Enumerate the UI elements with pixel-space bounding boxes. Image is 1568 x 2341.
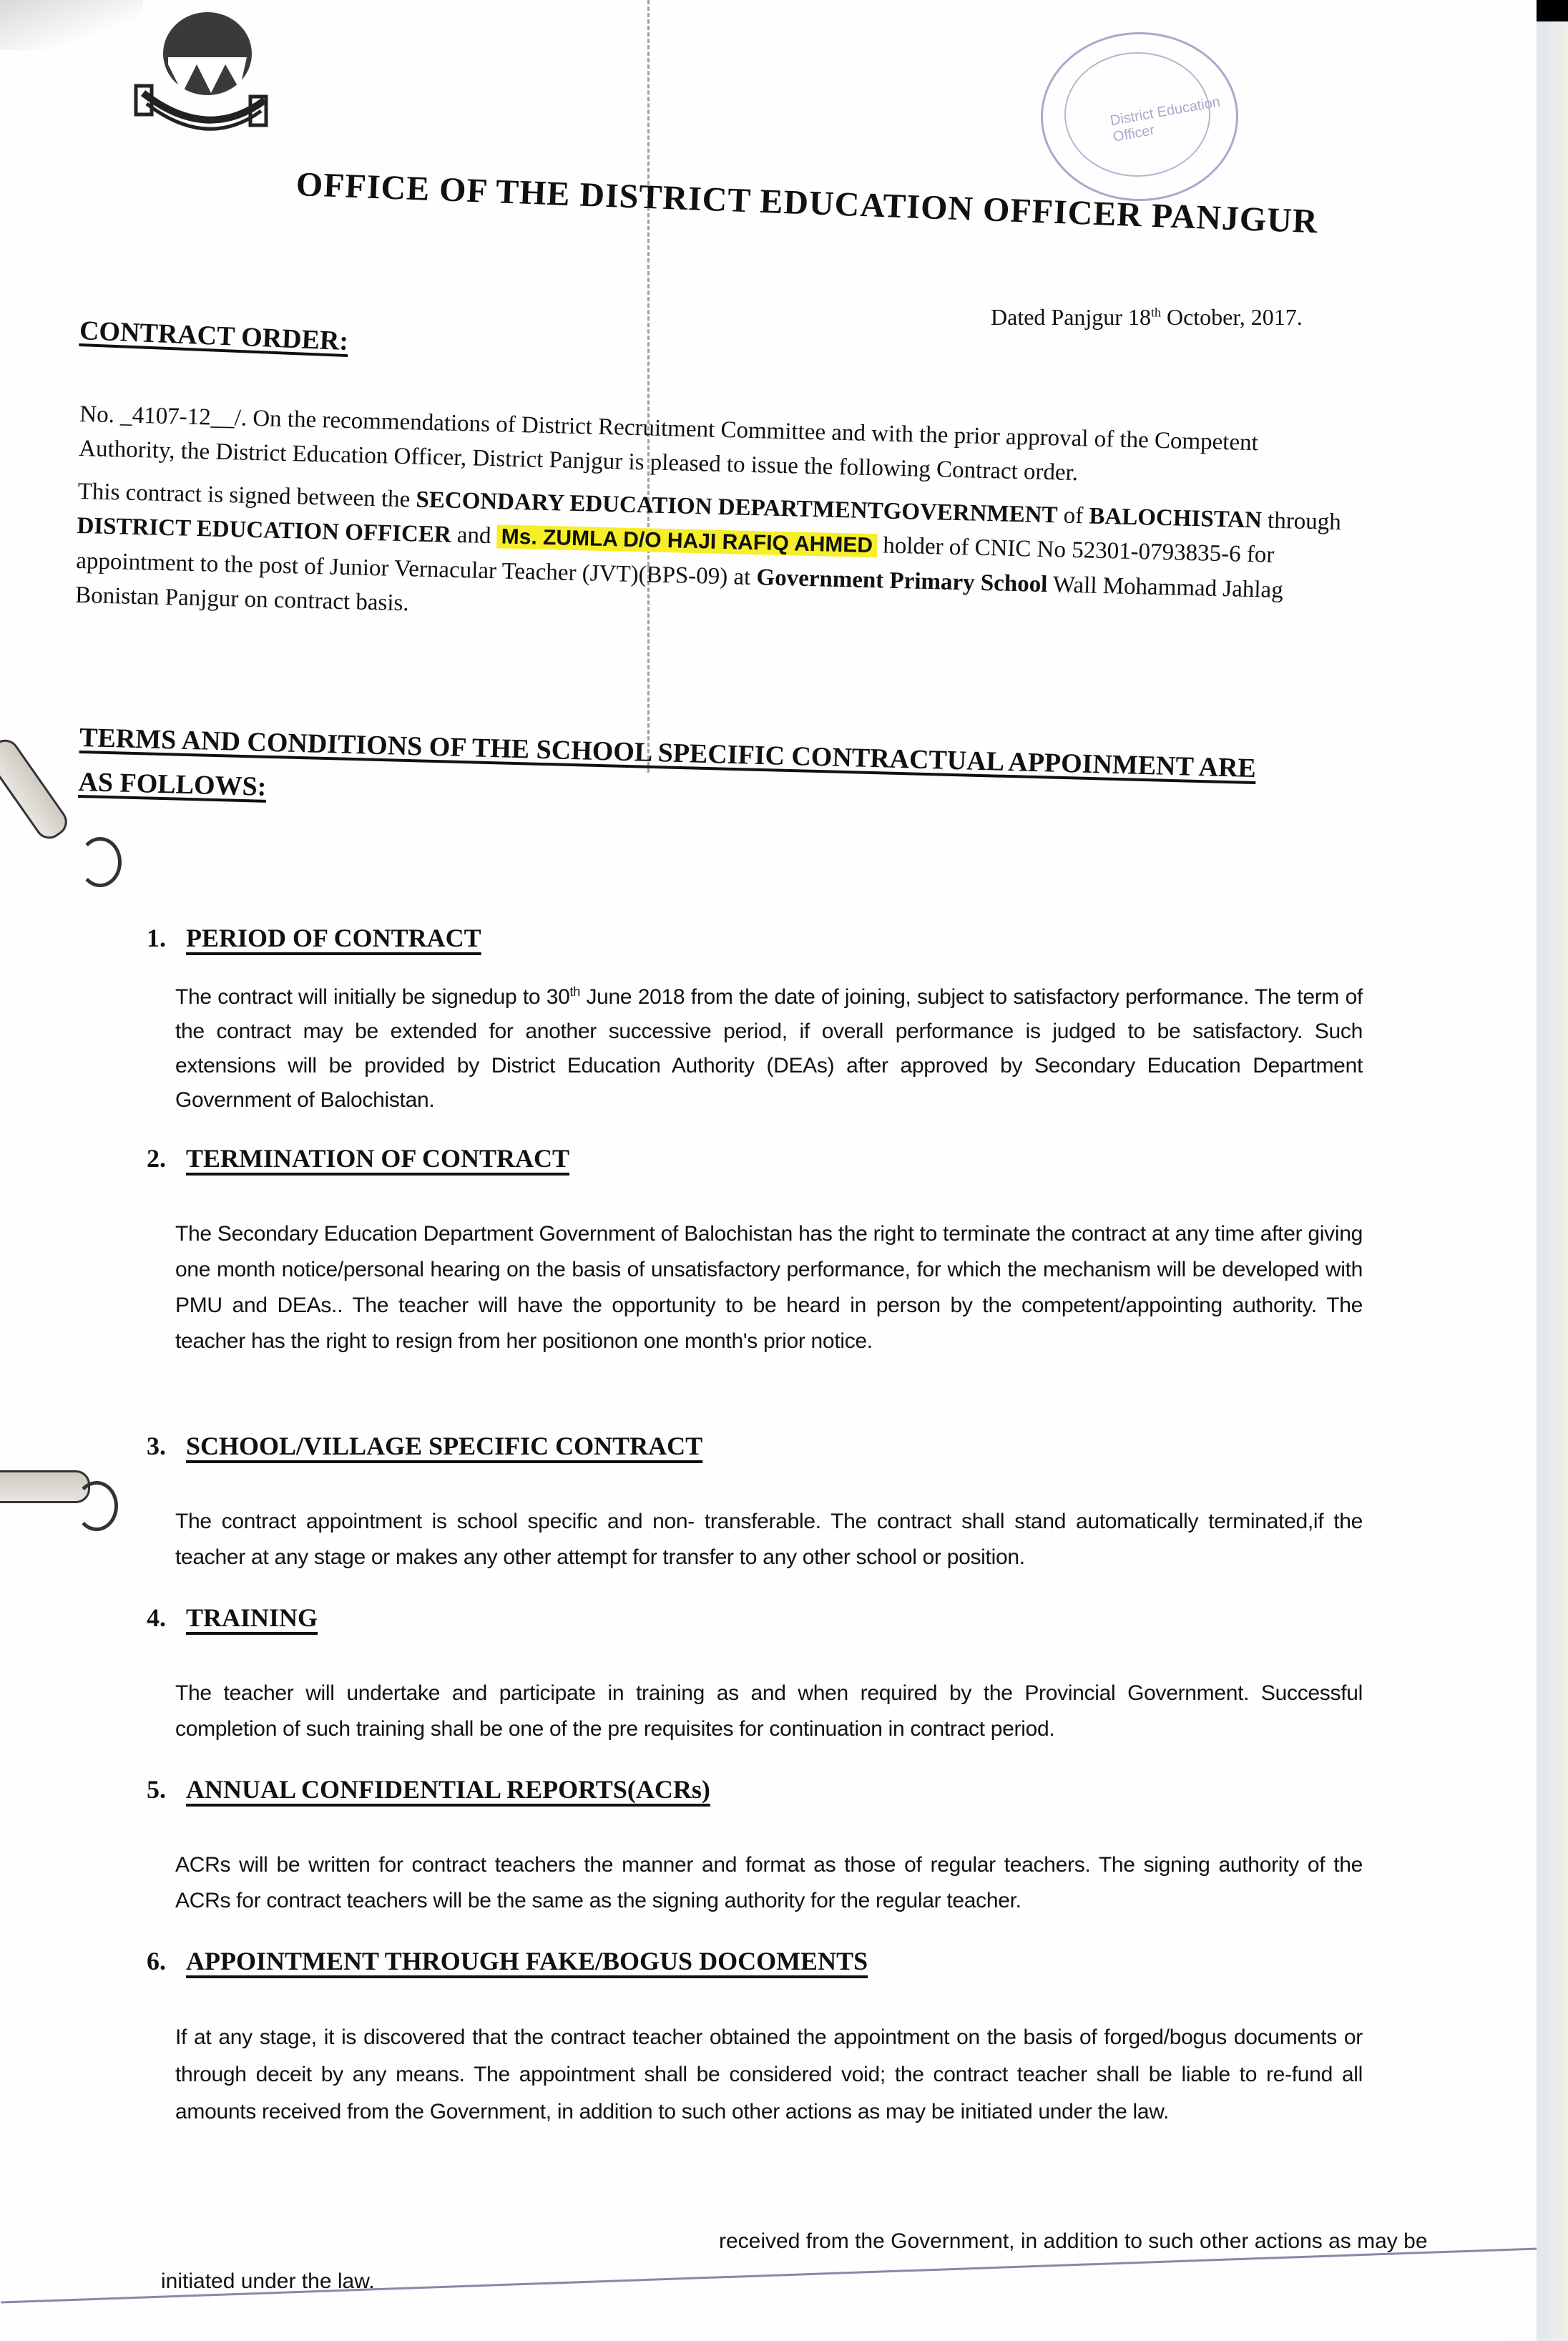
section-heading: 1. PERIOD OF CONTRACT: [147, 923, 1363, 953]
section-body: ACRs will be written for contract teache…: [175, 1847, 1363, 1919]
underlying-line: received from the Government, in additio…: [161, 2222, 1484, 2262]
parties-text: and: [451, 522, 497, 549]
crest-icon: [129, 7, 272, 143]
section-title: ANNUAL CONFIDENTIAL REPORTS(ACRs): [186, 1774, 710, 1804]
section-body: The Secondary Education Department Gover…: [175, 1216, 1363, 1359]
intro-paragraphs: No. _4107-12__/. On the recommendations …: [74, 397, 1353, 652]
section-school-specific: 3. SCHOOL/VILLAGE SPECIFIC CONTRACT The …: [147, 1431, 1363, 1575]
contract-parties-paragraph: This contract is signed between the SECO…: [75, 474, 1351, 643]
fold-line: [647, 0, 650, 773]
dated-day-suffix: th: [1151, 305, 1161, 319]
dated-line: Dated Panjgur 18th October, 2017.: [991, 304, 1303, 331]
section-period-of-contract: 1. PERIOD OF CONTRACT The contract will …: [147, 923, 1363, 1118]
section-number: 4.: [147, 1603, 166, 1633]
parties-text: This contract is signed between the: [77, 479, 416, 513]
section-body: The contract appointment is school speci…: [175, 1504, 1363, 1575]
order-number-label: No.: [79, 401, 114, 428]
parties-text: through: [1261, 507, 1341, 535]
order-text: On the recommendations of District Recru…: [79, 406, 1258, 486]
section-body: The contract will initially be signedup …: [175, 974, 1363, 1118]
section-training: 4. TRAINING The teacher will undertake a…: [147, 1603, 1363, 1747]
section-title: APPOINTMENT THROUGH FAKE/BOGUS DOCOMENTS: [186, 1946, 868, 1976]
section-title: PERIOD OF CONTRACT: [186, 923, 481, 953]
dated-prefix: Dated Panjgur: [991, 304, 1122, 330]
dated-rest: October, 2017.: [1167, 304, 1303, 330]
section-body: The teacher will undertake and participa…: [175, 1676, 1363, 1747]
body-text: The contract will initially be signedup …: [175, 985, 570, 1009]
section-heading: 6. APPOINTMENT THROUGH FAKE/BOGUS DOCOME…: [147, 1946, 1363, 1976]
parties-text: of: [1057, 502, 1089, 529]
document-page: District Education Officer OFFICE OF THE…: [0, 0, 1509, 2341]
section-heading: 4. TRAINING: [147, 1603, 1363, 1633]
school-type: Government Primary School: [756, 565, 1048, 597]
department-name: SECONDARY EDUCATION DEPARTMENTGOVERNMENT: [416, 487, 1058, 529]
section-number: 5.: [147, 1774, 166, 1804]
binder-ring-hole-icon: [75, 1481, 118, 1531]
section-termination: 2. TERMINATION OF CONTRACT The Secondary…: [147, 1143, 1363, 1359]
contract-order-heading: CONTRACT ORDER:: [79, 315, 349, 357]
province-name: BALOCHISTAN: [1089, 504, 1262, 534]
section-fake-documents: 6. APPOINTMENT THROUGH FAKE/BOGUS DOCOME…: [147, 1946, 1363, 2131]
section-heading: 5. ANNUAL CONFIDENTIAL REPORTS(ACRs): [147, 1774, 1363, 1804]
section-body: If at any stage, it is discovered that t…: [175, 2019, 1363, 2131]
binder-ring-hole-icon: [79, 837, 122, 887]
section-number: 3.: [147, 1431, 166, 1461]
section-number: 2.: [147, 1143, 166, 1173]
body-sup: th: [570, 984, 580, 999]
official-stamp: District Education Officer: [1041, 32, 1238, 201]
order-number: _4107-12__/.: [120, 402, 248, 431]
officer-title: DISTRICT EDUCATION OFFICER: [77, 513, 451, 548]
section-title: TRAINING: [186, 1603, 318, 1633]
next-page-edge: [1537, 0, 1568, 2341]
section-number: 1.: [147, 923, 166, 953]
page-shadow: [0, 0, 143, 50]
section-acrs: 5. ANNUAL CONFIDENTIAL REPORTS(ACRs) ACR…: [147, 1774, 1363, 1919]
appointee-name-highlight: Ms. ZUMLA D/O HAJI RAFIQ AHMED: [496, 524, 877, 557]
section-title: TERMINATION OF CONTRACT: [186, 1143, 569, 1173]
section-heading: 3. SCHOOL/VILLAGE SPECIFIC CONTRACT: [147, 1431, 1363, 1461]
stamp-text: District Education Officer: [1109, 92, 1238, 146]
section-number: 6.: [147, 1946, 166, 1976]
section-title: SCHOOL/VILLAGE SPECIFIC CONTRACT: [186, 1431, 702, 1461]
underlying-line: initiated under the law.: [161, 2262, 1484, 2302]
section-heading: 2. TERMINATION OF CONTRACT: [147, 1143, 1363, 1173]
dated-day: 18: [1128, 304, 1151, 330]
terms-heading: TERMS AND CONDITIONS OF THE SCHOOL SPECI…: [78, 715, 1296, 836]
underlying-page-text: received from the Government, in additio…: [161, 2222, 1484, 2302]
